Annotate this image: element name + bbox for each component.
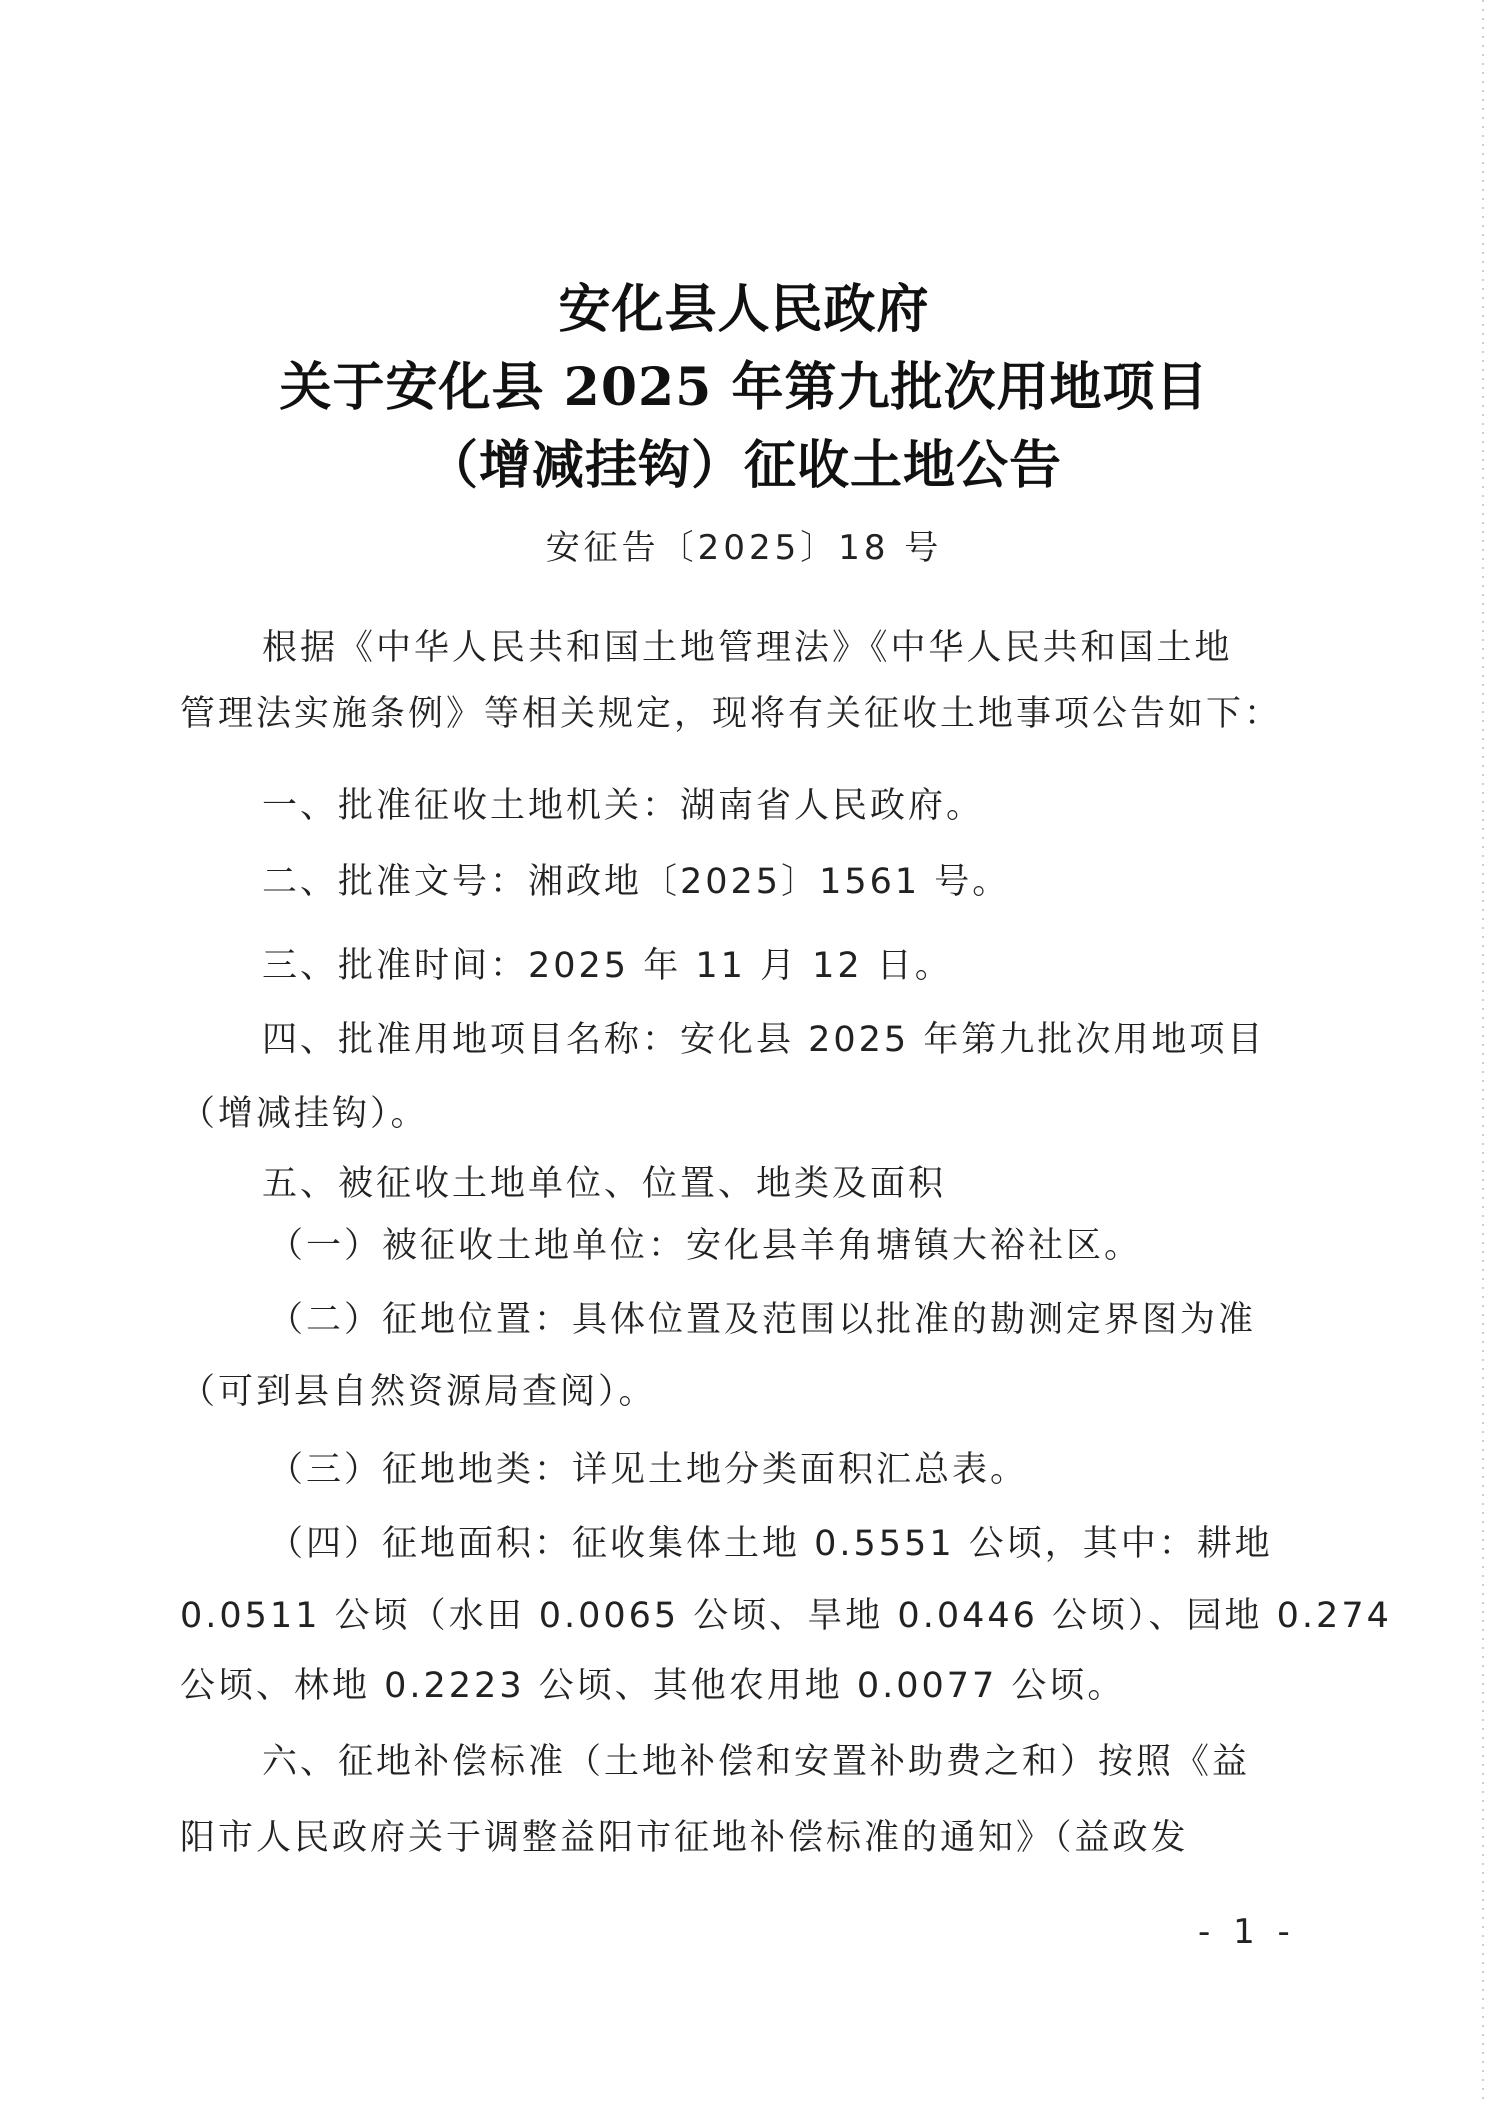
item-project-name-line-1: 四、批准用地项目名称：安化县 2025 年第九批次用地项目	[262, 1018, 1265, 1062]
subitem-land-location-line-2: （可到县自然资源局查阅）。	[180, 1370, 657, 1414]
page-number: - 1 -	[1198, 1910, 1296, 1954]
subitem-land-type: （三）征地地类：详见土地分类面积汇总表。	[268, 1448, 1028, 1492]
item-approval-number: 二、批准文号：湘政地〔2025〕1561 号。	[262, 860, 1010, 904]
subitem-land-area-line-3: 公顷、林地 0.2223 公顷、其他农用地 0.0077 公顷。	[180, 1664, 1125, 1708]
title-issuer: 安化县人民政府	[0, 280, 1488, 340]
item-project-name-line-2: （增减挂钩）。	[180, 1092, 429, 1136]
item-compensation-line-1: 六、征地补偿标准（土地补偿和安置补助费之和）按照《益	[262, 1740, 1250, 1784]
item-approving-authority: 一、批准征收土地机关：湖南省人民政府。	[262, 784, 984, 828]
document-number: 安征告〔2025〕18 号	[0, 526, 1488, 570]
subitem-land-location-line-1: （二）征地位置：具体位置及范围以批准的勘测定界图为准	[268, 1298, 1256, 1342]
subitem-land-area-line-1: （四）征地面积：征收集体土地 0.5551 公顷，其中：耕地	[268, 1522, 1273, 1566]
subitem-land-area-line-2: 0.0511 公顷（水田 0.0065 公顷、旱地 0.0446 公顷）、园地 …	[180, 1594, 1392, 1638]
title-subject: 关于安化县 2025 年第九批次用地项目	[0, 358, 1488, 418]
title-subject-cont: （增减挂钩）征收土地公告	[0, 436, 1488, 496]
document-page: 安化县人民政府 关于安化县 2025 年第九批次用地项目 （增减挂钩）征收土地公…	[0, 0, 1488, 2104]
item-approval-date: 三、批准时间：2025 年 11 月 12 日。	[262, 944, 953, 988]
paragraph-intro-line-1: 根据《中华人民共和国土地管理法》《中华人民共和国土地	[262, 626, 1233, 670]
item-compensation-line-2: 阳市人民政府关于调整益阳市征地补偿标准的通知》（益政发	[180, 1816, 1189, 1860]
paragraph-intro-line-2: 管理法实施条例》等相关规定，现将有关征收土地事项公告如下：	[180, 692, 1282, 736]
subitem-land-unit: （一）被征收土地单位：安化县羊角塘镇大裕社区。	[268, 1224, 1142, 1268]
section-land-info-heading: 五、被征收土地单位、位置、地类及面积	[262, 1162, 946, 1206]
